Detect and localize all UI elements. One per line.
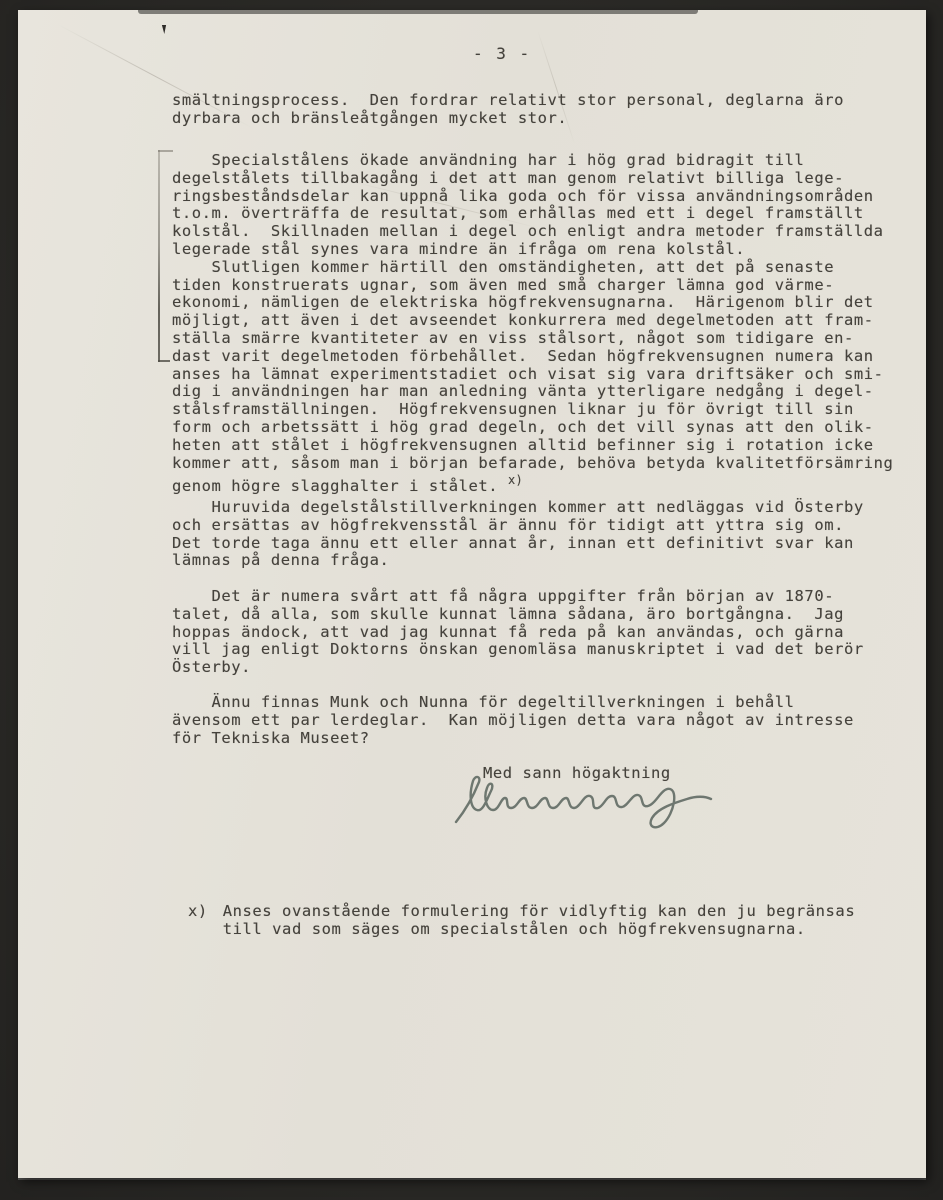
footnote: x) Anses ovanstående formulering för vid… [188,903,855,939]
paragraph-continuation: smältningsprocess. Den fordrar relativt … [172,92,844,128]
paragraph-1870s-sources: Det är numera svårt att få några uppgift… [172,588,864,677]
margin-pencil-bracket-hook [158,360,170,362]
paragraph-text: Specialstålens ökade användning har i hö… [172,151,893,495]
footnote-text: Anses ovanstående formulering för vidlyf… [223,903,855,939]
ink-speck [161,25,167,34]
paragraph-text: smältningsprocess. Den fordrar relativt … [172,91,844,127]
paragraph-specialsteel: Specialstålens ökade användning har i hö… [172,152,893,496]
margin-pencil-bracket [158,150,173,362]
letter-page: - 3 - smältningsprocess. Den fordrar rel… [18,10,926,1178]
paragraph-text: Det är numera svårt att få några uppgift… [172,587,864,676]
footnote-marker: x) [188,903,208,939]
paragraph-text: Huruvida degelstålstillverkningen kommer… [172,498,864,569]
paragraph-munk-nunna: Ännu finnas Munk och Nunna för degeltill… [172,694,854,747]
paragraph-text: Ännu finnas Munk och Nunna för degeltill… [172,693,854,747]
footnote-reference-marker: x) [508,473,523,487]
page-number: - 3 - [473,44,531,63]
signature [450,770,720,838]
paragraph-crucible-future: Huruvida degelstålstillverkningen kommer… [172,499,864,570]
paper-top-edge-shadow [138,10,698,14]
